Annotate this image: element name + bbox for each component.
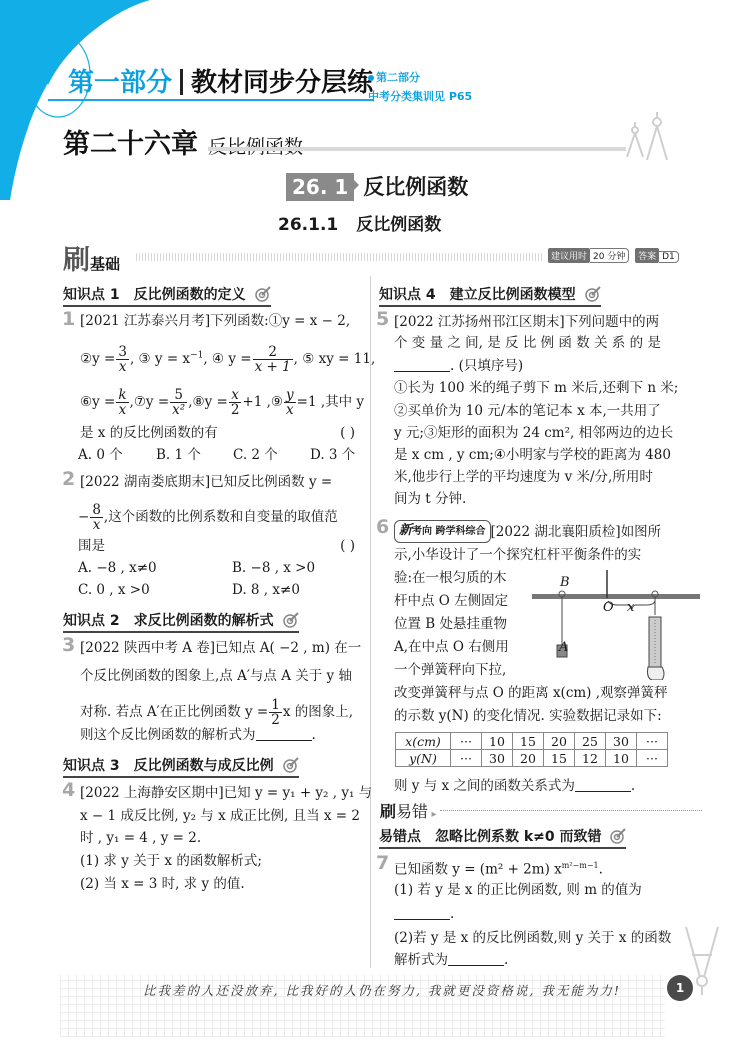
q1-line-3: ⑥y =kx,⑦y =5x²,⑧y =x2+1 ,⑨yx=1 ,其中 y <box>80 388 364 417</box>
answer-blank[interactable] <box>575 777 631 792</box>
q2-option-d: D. 8 , x≠0 <box>232 580 300 600</box>
numerator: k <box>116 388 128 403</box>
q1-line-4: 是 x 的反比例函数的有( ) <box>80 423 355 443</box>
q1-f6-label: ⑥y = <box>80 394 115 410</box>
numerator: 1 <box>269 698 282 713</box>
period: . <box>312 727 316 743</box>
q5-line-1: [2022 江苏扬州邗江区期末]下列问题中的两 <box>394 312 659 332</box>
knowledge-point-1-heading: 知识点 1反比例函数的定义 <box>63 284 271 307</box>
q2-text-2: ,这个函数的比例系数和自变量的取值范 <box>104 509 338 525</box>
table-cell: ··· <box>637 733 668 750</box>
table-cell: ··· <box>451 733 482 750</box>
label-x: x <box>627 600 634 615</box>
q6-line-after-1: 改变弹簧秤与点 O 的距离 x(cm) ,观察弹簧秤 <box>394 683 668 703</box>
q3-line-3: 对称. 若点 A′在正比例函数 y =12x 的图象上, <box>80 698 353 727</box>
table-row: x(cm) ··· 10 15 20 25 30 ··· <box>396 733 668 750</box>
subsection-name: 反比例函数 <box>356 215 441 235</box>
decorative-dash-bar <box>136 253 544 261</box>
q7-function: 已知函数 y = (m² + 2m) x <box>394 862 562 878</box>
part-subtitle: 教材同步分层练 <box>191 68 373 98</box>
question-number-5: 5 <box>376 308 389 330</box>
fraction: x2 <box>229 388 242 417</box>
part-title: 第一部分教材同步分层练 <box>68 62 373 99</box>
target-dart-icon <box>585 286 601 302</box>
q5-line-5: ②买单价为 10 元/本的笔记本 x 本,一共用了 <box>394 401 661 421</box>
kp-title: 求反比例函数的解析式 <box>134 613 274 629</box>
knowledge-point-3-heading: 知识点 3反比例函数与成反比例 <box>63 755 299 778</box>
q4-line-1: [2022 上海静安区期中]已知 y = y₁ + y₂ , y₁ 与 <box>80 783 372 803</box>
answer-label: 答案 <box>635 248 659 263</box>
table-cell: 15 <box>513 733 544 750</box>
q7-part-2b: 解析式为. <box>394 950 508 970</box>
label-o: O <box>603 600 614 615</box>
fraction: 2x + 1 <box>253 345 293 374</box>
table-cell: 25 <box>575 733 606 750</box>
numerator: y <box>284 388 296 403</box>
table-cell: 30 <box>482 750 513 767</box>
q4-line-2: x − 1 成反比例, y₂ 与 x 成正比例, 且当 x = 2 <box>80 806 360 826</box>
practice-char: 刷 <box>63 245 90 276</box>
kp-title: 反比例函数的定义 <box>134 287 246 303</box>
q1-source: [2021 江苏泰兴月考] <box>80 313 210 329</box>
table-cell: ··· <box>451 750 482 767</box>
q2-line-1: [2022 湖南娄底期末]已知反比例函数 y = <box>80 472 332 492</box>
q1-f7-label: ,⑦y = <box>130 394 170 410</box>
practice-label: 易错 <box>396 802 428 821</box>
q6-ask: 则 y 与 x 之间的函数关系式为. <box>394 776 635 796</box>
kp-number: 知识点 1 <box>63 287 120 303</box>
q4-source: [2022 上海静安区期中] <box>80 785 224 801</box>
question-number-3: 3 <box>62 634 75 656</box>
q5-text-1: 下列问题中的两 <box>565 314 660 330</box>
question-number-2: 2 <box>62 468 75 490</box>
table-cell: 12 <box>575 750 606 767</box>
fraction: yx <box>284 388 296 417</box>
motivational-motto: 比我差的人还没放弃, 比我好的人仍在努力, 我就更没资格说, 我无能为力! <box>143 981 621 999</box>
period: . <box>504 952 508 968</box>
table-cell: 30 <box>606 733 637 750</box>
kp-number: 知识点 4 <box>379 287 436 303</box>
table-cell: 10 <box>606 750 637 767</box>
section-name: 反比例函数 <box>363 175 468 199</box>
q7-part-1: (1) 若 y 是 x 的正比例函数, 则 m 的值为 <box>394 880 642 900</box>
knowledge-point-4-heading: 知识点 4建立反比例函数模型 <box>379 284 601 307</box>
q4-part-1: (1) 求 y 关于 x 的函数解析式; <box>80 851 262 871</box>
error-point-title: 忽略比例系数 k≠0 而致错 <box>435 829 602 845</box>
period: . <box>450 906 454 922</box>
practice-basics-heading: 刷基础 <box>63 238 120 277</box>
q1-question-stem: 是 x 的反比例函数的有 <box>80 425 218 441</box>
compass-icon <box>625 112 705 162</box>
error-point-heading: 易错点忽略比例系数 k≠0 而致错 <box>379 826 626 849</box>
fraction: 8x <box>90 503 103 532</box>
table-cell: 20 <box>513 750 544 767</box>
page-number: 1 <box>667 975 693 1001</box>
cross-reference-note: 第二部分 中考分类集训见 P65 <box>368 68 472 106</box>
q2-text-1: 已知反比例函数 y = <box>210 474 332 490</box>
numerator: 3 <box>116 345 129 360</box>
q3-text-3b: x 的图象上, <box>283 704 353 720</box>
chapter-number: 第二十六章 <box>63 129 198 160</box>
q2-option-a: A. −8 , x≠0 <box>78 558 157 578</box>
period: . <box>631 778 635 794</box>
table-cell: 10 <box>482 733 513 750</box>
table-row: y(N) ··· 30 20 15 12 10 ··· <box>396 750 668 767</box>
q6-line-2: 示,小华设计了一个探究杠杆平衡条件的实 <box>394 545 641 565</box>
kp-number: 知识点 2 <box>63 613 120 629</box>
q4-line-3: 时 , y₁ = 4 , y = 2. <box>80 828 201 848</box>
q3-source: [2022 陕西中考 A 卷] <box>80 640 215 656</box>
time-value: 20 分钟 <box>590 248 629 263</box>
q3-text-1: 已知点 A( −2 , m) 在一 <box>215 640 361 656</box>
period: . <box>599 862 603 878</box>
q1-text-1: 下列函数:①y = x − 2, <box>210 313 350 329</box>
q1-f8-label: ,⑧y = <box>188 394 228 410</box>
section-title: 26. 1反比例函数 <box>286 171 468 201</box>
target-dart-icon <box>283 757 299 773</box>
question-number-4: 4 <box>62 779 75 801</box>
new-trend-tag: 新考向 跨学科综合 <box>394 520 491 543</box>
denominator: x <box>284 403 296 417</box>
badge-arrow-icon <box>354 180 359 190</box>
q7-part-2b-text: 解析式为 <box>394 952 448 968</box>
q5-source: [2022 江苏扬州邗江区期末] <box>394 314 565 330</box>
section-number-badge: 26. 1 <box>286 173 354 201</box>
q5-line-6: y 元;③矩形的面积为 24 cm², 相邻两边的边长 <box>394 423 673 443</box>
fraction: 12 <box>269 698 282 727</box>
denominator: x + 1 <box>253 360 293 374</box>
q6-ask-text: 则 y 与 x 之间的函数关系式为 <box>394 778 575 794</box>
q7-line-1: 已知函数 y = (m² + 2m) xm²−m−1. <box>394 856 603 880</box>
denominator: x <box>116 403 128 417</box>
time-label: 建议用时 <box>548 248 590 263</box>
q1-f2-label: ②y = <box>80 351 115 367</box>
kp-number: 知识点 3 <box>63 758 120 774</box>
q7-part-1-answer: . <box>394 904 454 924</box>
q6-side-line-2: 杆中点 O 左侧固定 <box>394 591 508 611</box>
q3-text-4: 则这个反比例函数的解析式为 <box>80 727 256 743</box>
q5-line-8: 米,他步行上学的平均速度为 v 米/分,所用时 <box>394 467 653 487</box>
chapter-rule <box>208 147 626 151</box>
q1-option-b: B. 1 个 <box>156 445 201 465</box>
title-separator <box>180 69 183 95</box>
q2-line-3: 围是( ) <box>78 536 355 556</box>
answer-paren: ( ) <box>340 536 355 556</box>
dotted-rule <box>440 810 702 811</box>
practice-char: 刷 <box>380 802 396 821</box>
q5-line-9: 间为 t 分钟. <box>394 489 466 509</box>
q6-text-1: 如图所 <box>621 524 662 540</box>
q2-source: [2022 湖南娄底期末] <box>80 474 210 490</box>
question-number-6: 6 <box>376 516 389 538</box>
column-divider <box>370 276 371 968</box>
minus-sign: − <box>78 509 89 525</box>
tag-direction: 考向 <box>412 526 432 537</box>
chapter-heading: 第二十六章反比例函数 <box>63 122 303 161</box>
q2-line-2: −8x,这个函数的比例系数和自变量的取值范 <box>78 503 338 532</box>
q3-text-3a: 对称. 若点 A′在正比例函数 y = <box>80 704 268 720</box>
exponent: m²−m−1 <box>562 861 599 870</box>
q5-line-3: . (只填序号) <box>394 356 523 376</box>
q5-line-2: 个 变 量 之 间, 是 反 比 例 函 数 关 系 的 是 <box>394 333 661 353</box>
kp-title: 建立反比例函数模型 <box>450 287 576 303</box>
q1-f9-label: +1 ,⑨ <box>242 394 283 410</box>
q1-option-a: A. 0 个 <box>78 445 123 465</box>
answer-page: D1 <box>659 251 679 263</box>
table-cell: y(N) <box>396 750 451 767</box>
question-number-1: 1 <box>62 308 75 330</box>
denominator: x² <box>170 403 187 417</box>
label-a: A <box>559 640 568 655</box>
q6-side-line-5: 一个弹簧秤向下拉, <box>394 660 506 680</box>
table-cell: 20 <box>544 733 575 750</box>
answer-blank[interactable] <box>448 951 504 966</box>
q1-line-2: ②y =3x, ③ y = x−1, ④ y =2x + 1, ⑤ xy = 1… <box>80 345 375 374</box>
q4-text-1: 已知 y = y₁ + y₂ , y₁ 与 <box>224 785 373 801</box>
knowledge-point-2-heading: 知识点 2求反比例函数的解析式 <box>63 610 299 633</box>
lever-experiment-figure <box>528 570 708 680</box>
q4-part-2: (2) 当 x = 3 时, 求 y 的值. <box>80 874 245 894</box>
question-number-7: 7 <box>376 852 389 874</box>
time-answer-tags: 建议用时20 分钟 答案D1 <box>548 248 679 263</box>
q6-side-line-3: 位置 B 处悬挂重物 <box>394 614 507 634</box>
q1-f3: , ③ y = x <box>130 351 190 367</box>
fraction: 5x² <box>170 388 187 417</box>
q1-option-d: D. 3 个 <box>310 445 355 465</box>
subsection-title: 26.1.1反比例函数 <box>278 210 441 235</box>
numerator: 2 <box>253 345 293 360</box>
exponent: −1 <box>190 351 203 361</box>
table-cell: ··· <box>637 750 668 767</box>
q1-line-1: [2021 江苏泰兴月考]下列函数:①y = x − 2, <box>80 311 350 331</box>
q5-line-7: 是 x cm , y cm;④小明家与学校的距离为 480 <box>394 445 671 465</box>
denominator: x <box>116 360 129 374</box>
answer-blank[interactable] <box>394 905 450 920</box>
label-b: B <box>560 575 570 590</box>
numerator: 8 <box>90 503 103 518</box>
target-dart-icon <box>283 612 299 628</box>
answer-paren: ( ) <box>340 423 355 443</box>
table-cell: 15 <box>544 750 575 767</box>
numerator: 5 <box>170 388 187 403</box>
answer-blank[interactable] <box>394 357 450 372</box>
subsection-number: 26.1.1 <box>278 215 338 235</box>
experiment-data-table: x(cm) ··· 10 15 20 25 30 ··· y(N) ··· 30… <box>395 732 668 767</box>
table-cell: x(cm) <box>396 733 451 750</box>
q3-line-4: 则这个反比例函数的解析式为. <box>80 725 316 745</box>
error-point-label: 易错点 <box>379 829 421 845</box>
practice-errors-heading: 刷易错 ▸ <box>380 799 437 822</box>
tag-cross-subject: 跨学科综合 <box>436 526 486 537</box>
bullet-dot-icon <box>368 75 374 81</box>
q6-line-after-2: 的示数 y(N) 的变化情况. 实验数据记录如下: <box>394 706 662 726</box>
q7-part-2: (2)若 y 是 x 的反比例函数,则 y 关于 x 的函数 <box>394 928 671 948</box>
fraction: 3x <box>116 345 129 374</box>
part-underline <box>48 99 373 101</box>
q3-line-1: [2022 陕西中考 A 卷]已知点 A( −2 , m) 在一 <box>80 638 361 658</box>
denominator: 2 <box>229 403 242 417</box>
q6-line-1: 新考向 跨学科综合[2022 湖北襄阳质检]如图所 <box>394 520 661 543</box>
q2-option-c: C. 0 , x >0 <box>78 580 150 600</box>
q1-f4-label: , ④ y = <box>203 351 251 367</box>
q2-option-b: B. −8 , x >0 <box>232 558 315 578</box>
q5-line-4: ①长为 100 米的绳子剪下 m 米后,还剩下 n 米; <box>394 378 678 398</box>
q1-option-c: C. 2 个 <box>233 445 278 465</box>
part-label: 第一部分 <box>68 68 172 98</box>
practice-label: 基础 <box>90 255 120 273</box>
note-line-1: 第二部分 <box>376 71 420 84</box>
q3-line-2: 个反比例函数的图象上,点 A′与点 A 关于 y 轴 <box>80 666 352 686</box>
note-line-2: 中考分类集训见 P65 <box>368 87 472 106</box>
q6-source: [2022 湖北襄阳质检] <box>491 524 621 540</box>
fraction: kx <box>116 388 128 417</box>
answer-blank[interactable] <box>256 726 312 741</box>
new-char: 新 <box>399 523 412 538</box>
kp-title: 反比例函数与成反比例 <box>134 758 274 774</box>
q6-side-line-4: A,在中点 O 右侧用 <box>394 637 509 657</box>
q6-side-line-1: 验:在一根匀质的木 <box>394 568 507 588</box>
target-dart-icon <box>610 828 626 844</box>
q5-hint: . (只填序号) <box>450 358 523 374</box>
q1-f5: , ⑤ xy = 11, <box>294 351 376 367</box>
denominator: x <box>90 518 103 532</box>
q1-f9-rest: =1 ,其中 y <box>297 394 364 410</box>
target-dart-icon <box>255 286 271 302</box>
q2-question-stem: 围是 <box>78 538 105 554</box>
numerator: x <box>229 388 242 403</box>
